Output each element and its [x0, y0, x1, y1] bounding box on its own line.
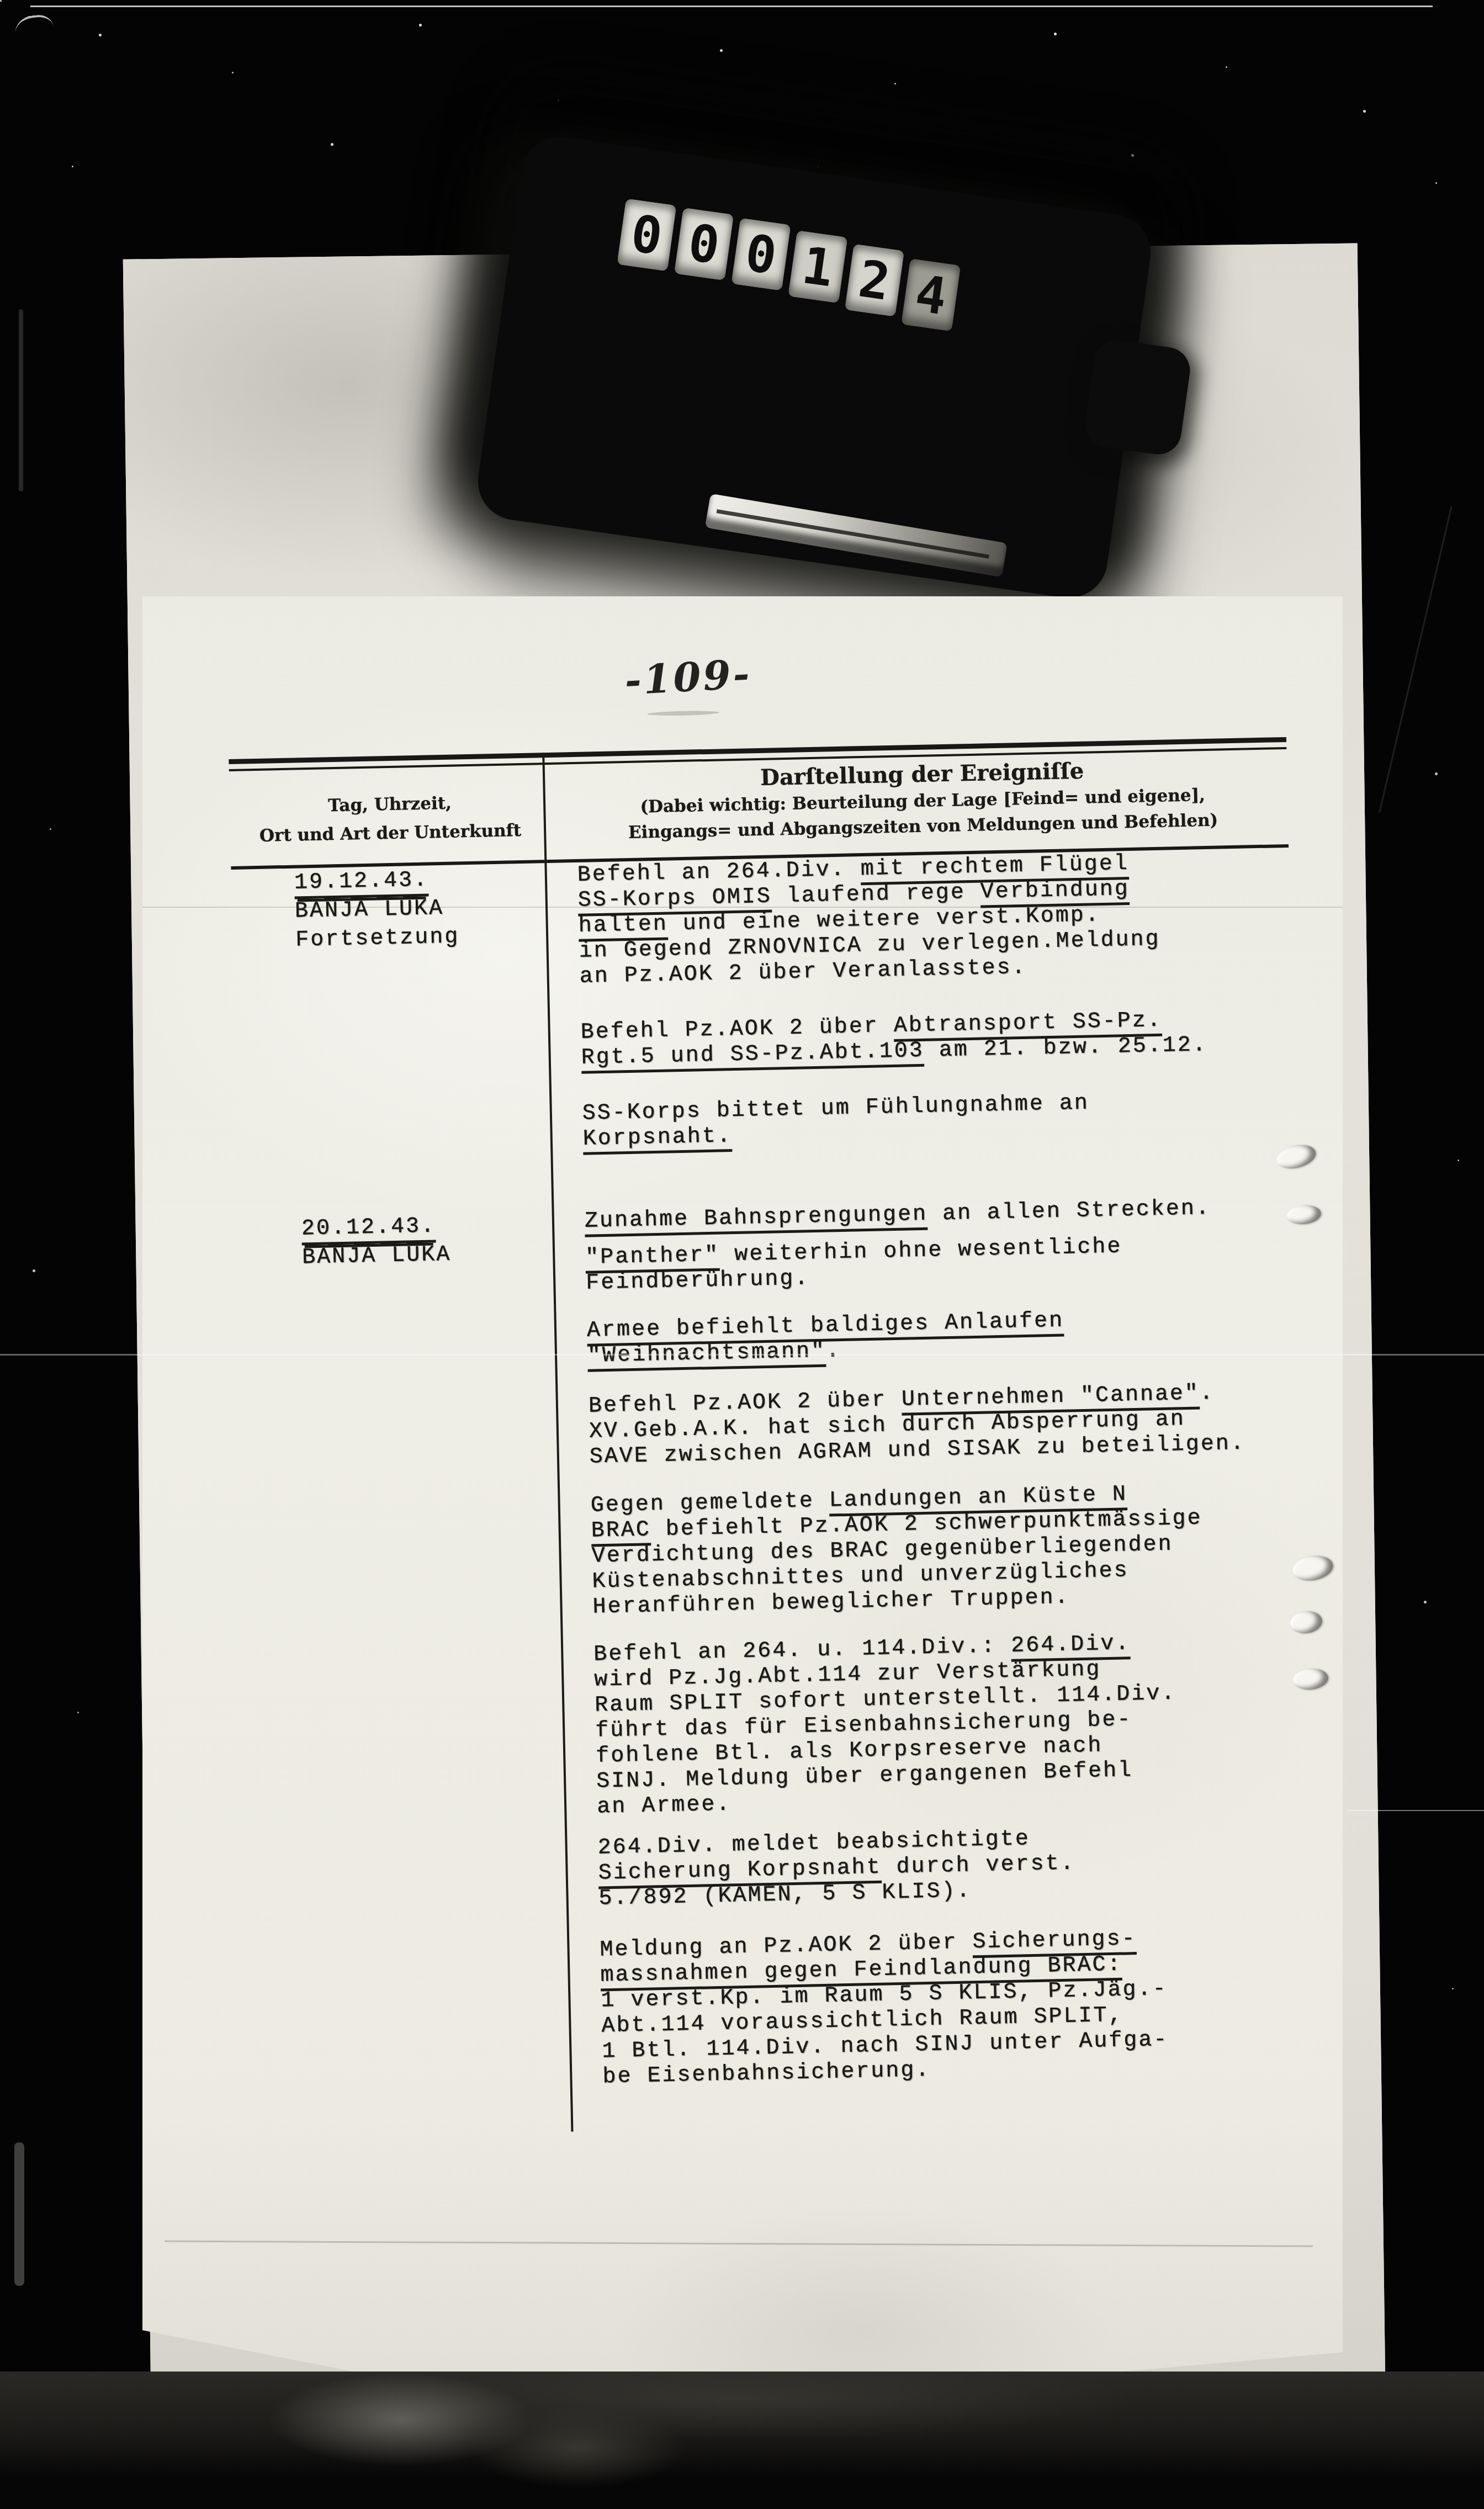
event-block: Befehl an 264. u. 114.Div.: 264.Div.wird… — [593, 1626, 1370, 1820]
counter-digit-window: 2 — [845, 244, 904, 317]
counter-digit-window: 4 — [901, 258, 961, 331]
event-block: Befehl Pz.AOK 2 über Abtransport SS-Pz.R… — [580, 1004, 1354, 1071]
counter-digit-window: 0 — [617, 199, 676, 272]
document-page: -109- Tag, Uhrzeit, Ort und Art der Unte… — [142, 596, 1343, 2383]
counter-knob — [1082, 337, 1192, 457]
event-block: Befehl Pz.AOK 2 über Unternehmen "Cannae… — [589, 1378, 1363, 1470]
paper-fold-line — [1379, 506, 1453, 813]
film-streak — [19, 309, 23, 491]
film-scratch-line — [0, 1354, 1484, 1356]
film-dust-specks — [0, 0, 2, 2]
counter-digit-window: 0 — [674, 208, 734, 280]
counter-digit-window: 0 — [732, 218, 791, 291]
event-block: Befehl an 264.Div. mit rechtem FlügelSS-… — [577, 847, 1353, 990]
entry-date-line: Fortsetzung — [295, 921, 561, 955]
event-block: Zunahme Bahnsprengungen an allen Strecke… — [585, 1193, 1358, 1234]
counter-digit-window: 1 — [788, 230, 847, 303]
counter-digits: 000124 — [617, 199, 971, 313]
event-block: Armee befiehlt baldiges Anlaufen"Weihnac… — [587, 1302, 1361, 1369]
bottom-shadow-band — [0, 2372, 1484, 2509]
entry-date-block: 20.12.43.BANJA LUKA — [301, 1209, 568, 1272]
entry-date-line: BANJA LUKA — [302, 1238, 568, 1272]
table-column-divider — [542, 753, 573, 2132]
event-block: 264.Div. meldet beabsichtigteSicherung K… — [597, 1819, 1372, 1912]
microfilm-frame: 000124 -109- Tag, Uhrzeit, Ort und Art d… — [0, 0, 1484, 2509]
page-number-smear — [648, 710, 719, 716]
typed-content: -109- Tag, Uhrzeit, Ort und Art der Unte… — [126, 580, 1363, 2392]
event-block: Gegen gemeldete Landungen an Küste NBRAC… — [590, 1477, 1366, 1620]
column1-header-line1: Tag, Uhrzeit, — [241, 791, 539, 817]
handwritten-mark — [14, 13, 54, 34]
page-number: -109- — [623, 650, 747, 704]
event-block: Meldung an Pz.AOK 2 über Sicherungs-mass… — [600, 1922, 1375, 2090]
event-block: SS-Korps bittet um Fühlungnahme anKorpsn… — [582, 1085, 1356, 1152]
column1-header-line2: Ort und Art der Unterkunft — [225, 820, 556, 847]
event-block: "Panther" weiterhin ohne wesentlicheFein… — [585, 1229, 1359, 1296]
events-column: Befehl an 264.Div. mit rechtem FlügelSS-… — [577, 847, 1375, 2090]
film-edge-line — [30, 6, 1433, 7]
entry-date-block: 19.12.43.BANJA LUKAFortsetzung — [294, 864, 560, 955]
film-streak — [14, 2142, 24, 2286]
film-scratch-line — [1347, 1810, 1484, 1811]
event-line: Zunahme Bahnsprengungen an allen Strecke… — [585, 1193, 1358, 1234]
